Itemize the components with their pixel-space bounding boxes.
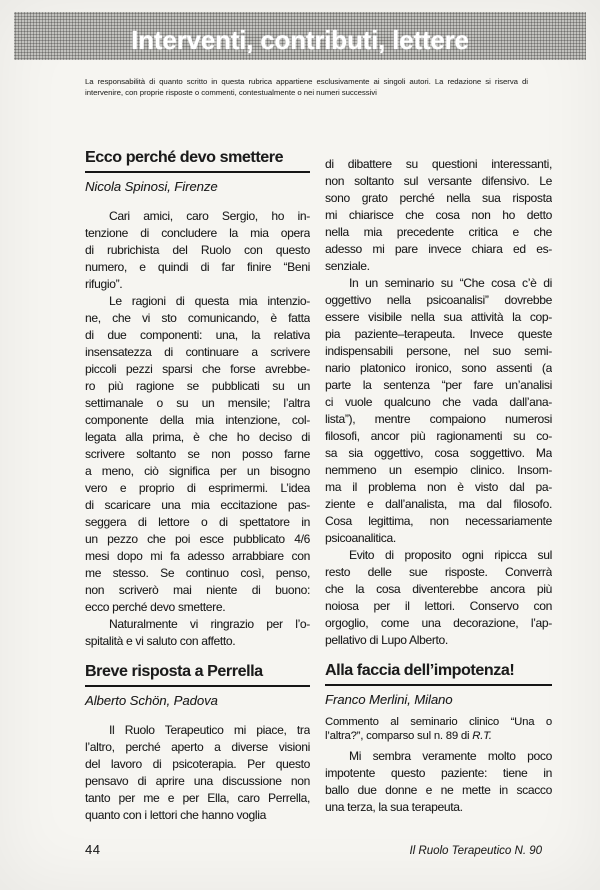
text-line: ne, che vi sto comunicando, è fatta bbox=[85, 310, 310, 327]
text-line: sono grato perché nella sua risposta bbox=[325, 190, 552, 207]
text-line: psicoanalitica. bbox=[325, 530, 552, 547]
text-line: me stesso. Se continuo così, penso, bbox=[85, 565, 310, 582]
text-line: Cosa legittima, non necessariamente bbox=[325, 513, 552, 530]
text-line: l’altra?”, comparso sul n. 89 di R.T. bbox=[325, 729, 552, 743]
text-line: un pezzo che poi esce pubblicato 4/6 bbox=[85, 531, 310, 548]
article-heading: Breve risposta a Perrella bbox=[85, 662, 310, 682]
text-line: ro più ragione se pubblicati su un bbox=[85, 378, 310, 395]
text-line: impotente questo paziente: tiene in bbox=[325, 765, 552, 782]
article-author: Franco Merlini, Milano bbox=[325, 691, 552, 708]
text-line: che la cosa diventerebbe ancora più bbox=[325, 581, 552, 598]
text-line: lista”), mentre compaiono numerosi bbox=[325, 411, 552, 428]
editor-note: Commento al seminario clinico “Una ol’al… bbox=[325, 715, 552, 743]
text-line: l’altro, perché aperto a diverse visioni bbox=[85, 739, 310, 756]
page-number: 44 bbox=[85, 842, 100, 857]
text-line: numero, e quindi di far finire “Beni bbox=[85, 259, 310, 276]
journal-title: Il Ruolo Terapeutico N. 90 bbox=[409, 845, 542, 857]
text-line: sa sia oggettivo, cosa soggettivo. Ma bbox=[325, 445, 552, 462]
text-line: di rubrichista del Ruolo con questo bbox=[85, 242, 310, 259]
text-line: non soltanto sul versante difensivo. Le bbox=[325, 173, 552, 190]
text-line: essere visibile nella sua attività la co… bbox=[325, 309, 552, 326]
text-line: Naturalmente vi ringrazio per l’o- bbox=[85, 616, 310, 633]
text-line: mesi dopo mi fa adesso arrabbiare con bbox=[85, 548, 310, 565]
text-line: settimanale o su un mensile; l’altra bbox=[85, 395, 310, 412]
text-line: componente della mia intenzione, col- bbox=[85, 412, 310, 429]
article-author: Alberto Schön, Padova bbox=[85, 692, 310, 709]
text-line: Il Ruolo Terapeutico mi piace, tra bbox=[85, 722, 310, 739]
text-line: pensavo di aprire una discussione non bbox=[85, 773, 310, 790]
text-line: In un seminario su “Che cosa c’è di bbox=[325, 275, 552, 292]
body-paragraph: Le ragioni di questa mia intenzio-ne, ch… bbox=[85, 293, 310, 616]
text-column-right: di dibattere su questioni interessanti,n… bbox=[325, 148, 552, 824]
text-line: del lavoro di psicoterapia. Per questo bbox=[85, 756, 310, 773]
body-paragraph: In un seminario su “Che cosa c’è diogget… bbox=[325, 275, 552, 547]
scanned-journal-page: Interventi, contributi, lettere La respo… bbox=[0, 0, 600, 890]
text-line: resto delle sue risposte. Converrà bbox=[325, 564, 552, 581]
text-line: rifugio”. bbox=[85, 276, 310, 293]
text-line: di due componenti: una, la relativa bbox=[85, 327, 310, 344]
text-line: ziente e dall’analista, ma dal filosofo. bbox=[325, 496, 552, 513]
text-line: Evito di proposito ogni ripicca sul bbox=[325, 547, 552, 564]
section-spacer bbox=[85, 650, 310, 662]
text-line: ci vuole qualcuno che vada dall’ana- bbox=[325, 394, 552, 411]
text-line: pia paziente–terapeuta. Invece queste bbox=[325, 326, 552, 343]
text-line: orgoglio, come una decorazione, l’ap- bbox=[325, 615, 552, 632]
text-line: ma il problema non è visto dal pa- bbox=[325, 479, 552, 496]
body-paragraph: Naturalmente vi ringrazio per l’o-spital… bbox=[85, 616, 310, 650]
text-line: scrivere soltanto se non posso farne bbox=[85, 446, 310, 463]
text-line: spitalità e vi saluto con affetto. bbox=[85, 633, 310, 650]
heading-rule bbox=[85, 171, 310, 173]
text-line: nemmeno un esempio clinico. Insom- bbox=[325, 462, 552, 479]
article-columns: Ecco perché devo smettereNicola Spinosi,… bbox=[85, 148, 552, 824]
text-line: di dibattere su questioni interessanti, bbox=[325, 156, 552, 173]
rubric-title: Interventi, contributi, lettere bbox=[131, 27, 469, 60]
text-line: Mi sembra veramente molto poco bbox=[325, 748, 552, 765]
text-line: una terza, la sua terapeuta. bbox=[325, 799, 552, 816]
text-line: filosofi, ancor più ragionamenti su co- bbox=[325, 428, 552, 445]
text-line: mi chiarisce che cosa non ho detto bbox=[325, 207, 552, 224]
text-line: parte la sentenza “per fare un’analisi bbox=[325, 377, 552, 394]
text-line: Cari amici, caro Sergio, ho in- bbox=[85, 208, 310, 225]
text-line: legata alla prima, è che ho deciso di bbox=[85, 429, 310, 446]
section-spacer bbox=[325, 649, 552, 661]
heading-rule bbox=[85, 685, 310, 687]
body-paragraph: Cari amici, caro Sergio, ho in-tenzione … bbox=[85, 208, 310, 293]
text-line: La responsabilità di quanto scritto in q… bbox=[85, 77, 528, 88]
rubric-banner: Interventi, contributi, lettere bbox=[14, 12, 586, 60]
heading-rule bbox=[325, 684, 552, 686]
text-line: Le ragioni di questa mia intenzio- bbox=[85, 293, 310, 310]
text-line: intervenire, con proprie risposte o comm… bbox=[85, 88, 528, 99]
article-heading: Ecco perché devo smettere bbox=[85, 148, 310, 168]
body-paragraph: Il Ruolo Terapeutico mi piace, tral’altr… bbox=[85, 722, 310, 824]
text-line: pellativo di Lupo Alberto. bbox=[325, 632, 552, 649]
text-line: piccoli pezzi sparsi che forse avrebbe- bbox=[85, 361, 310, 378]
rubric-disclaimer: La responsabilità di quanto scritto in q… bbox=[85, 77, 528, 98]
text-column-left: Ecco perché devo smettereNicola Spinosi,… bbox=[85, 148, 310, 824]
article-author: Nicola Spinosi, Firenze bbox=[85, 178, 310, 195]
text-line: quanto con i lettori che hanno voglia bbox=[85, 807, 310, 824]
text-line: non scriverò mai niente di buono: bbox=[85, 582, 310, 599]
text-line: seggera di lettore o di spettatore in bbox=[85, 514, 310, 531]
text-line: insensatezza di continuare a scrivere bbox=[85, 344, 310, 361]
text-line: nario platonico ironico, sono assenti (a bbox=[325, 360, 552, 377]
text-line: vero e proprio di esprimermi. L’idea bbox=[85, 480, 310, 497]
text-line: senziale. bbox=[325, 258, 552, 275]
text-line: Commento al seminario clinico “Una o bbox=[325, 715, 552, 729]
text-line: di scaricare una mia eccitazione pas- bbox=[85, 497, 310, 514]
body-paragraph: Evito di proposito ogni ripicca sulresto… bbox=[325, 547, 552, 649]
body-paragraph: Mi sembra veramente molto pocoimpotente … bbox=[325, 748, 552, 816]
text-line: noiosa per il lettori. Conservo con bbox=[325, 598, 552, 615]
text-line: ecco perché devo smettere. bbox=[85, 599, 310, 616]
text-line: indispensabili persone, nel suo semi- bbox=[325, 343, 552, 360]
article-heading: Alla faccia dell’impotenza! bbox=[325, 661, 552, 681]
text-line: adesso mi pare invece chiara ed es- bbox=[325, 241, 552, 258]
text-line: nella mia precedente critica e che bbox=[325, 224, 552, 241]
text-line: tanto per me e per Ella, caro Perrella, bbox=[85, 790, 310, 807]
text-line: a meno, ciò significa per un bisogno bbox=[85, 463, 310, 480]
text-line: oggettivo nella psicoanalisi” dovrebbe bbox=[325, 292, 552, 309]
text-line: ballo due donne e ne mette in scacco bbox=[325, 782, 552, 799]
body-paragraph: di dibattere su questioni interessanti,n… bbox=[325, 156, 552, 275]
text-line: tenzione di concludere la mia opera bbox=[85, 225, 310, 242]
